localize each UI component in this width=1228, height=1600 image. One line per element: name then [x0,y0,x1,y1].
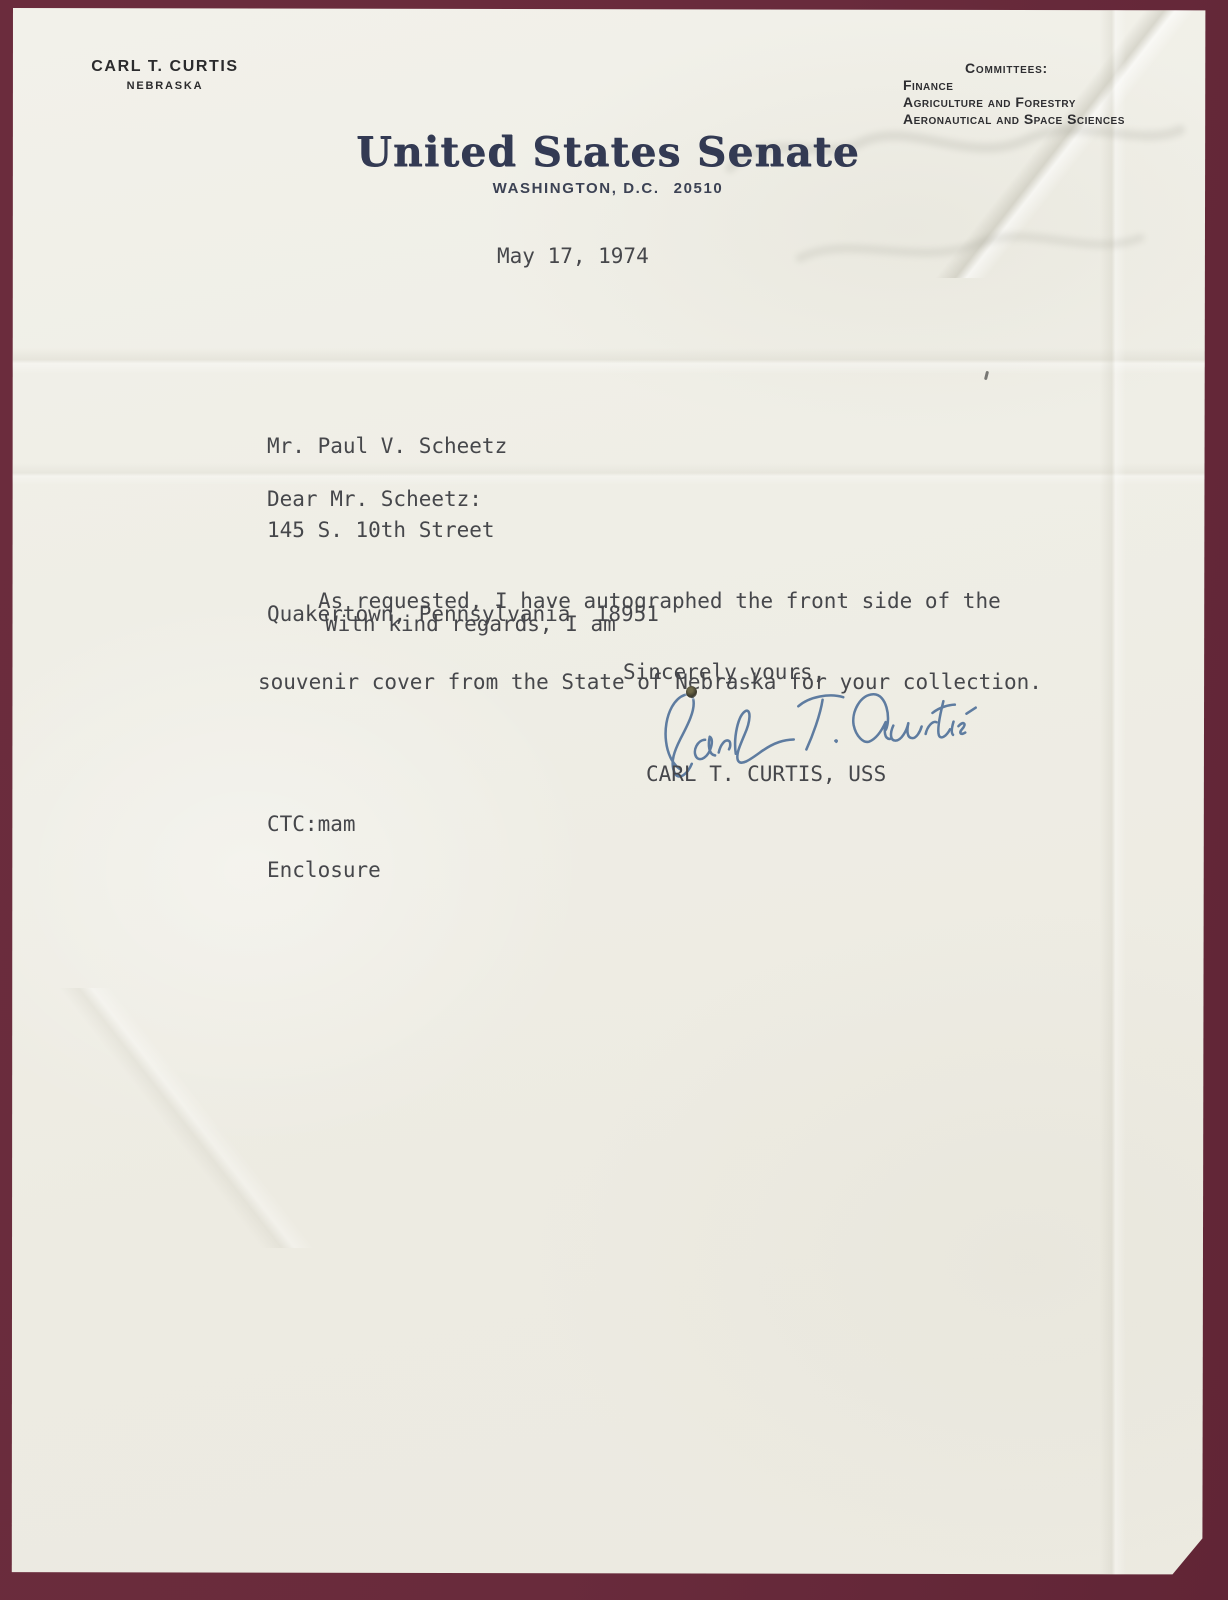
senate-masthead: United States Senate [10,128,1206,176]
sender-name: CARL T. CURTIS [60,58,270,76]
committees-label: Committees: [965,60,1183,76]
paper-crease-horizontal-upper [10,348,1206,374]
reference-initials: CTC:mam [267,810,356,838]
scanned-letter-photo: CARL T. CURTIS NEBRASKA Committees: Fina… [0,0,1228,1600]
senate-address-line: WASHINGTON, D.C.20510 [10,180,1206,197]
letterhead-committees-block: Committees: Finance Agriculture and Fore… [903,60,1183,127]
closing-line: With kind regards, I am [325,610,616,638]
committee-item: Finance [903,77,1183,93]
pin-hole [686,686,697,698]
typed-signature-name: CARL T. CURTIS, USS [646,760,886,788]
committee-item: Agriculture and Forestry [903,94,1183,110]
sender-state: NEBRASKA [60,80,270,92]
letter-date: May 17, 1974 [497,242,649,270]
salutation: Dear Mr. Scheetz: [267,485,482,513]
paper-crease-vertical-right [1100,8,1126,1576]
senate-zip: 20510 [674,180,724,197]
senate-city: WASHINGTON, D.C. [493,180,660,197]
committee-item: Aeronautical and Space Sciences [903,111,1183,127]
letterhead-sender-block: CARL T. CURTIS NEBRASKA [60,58,270,92]
enclosure-note: Enclosure [267,856,381,884]
letter-paper: CARL T. CURTIS NEBRASKA Committees: Fina… [10,8,1206,1576]
paper-crease-bottom-left [0,988,410,1248]
paper-speck [984,371,989,380]
recipient-name: Mr. Paul V. Scheetz [267,432,659,460]
